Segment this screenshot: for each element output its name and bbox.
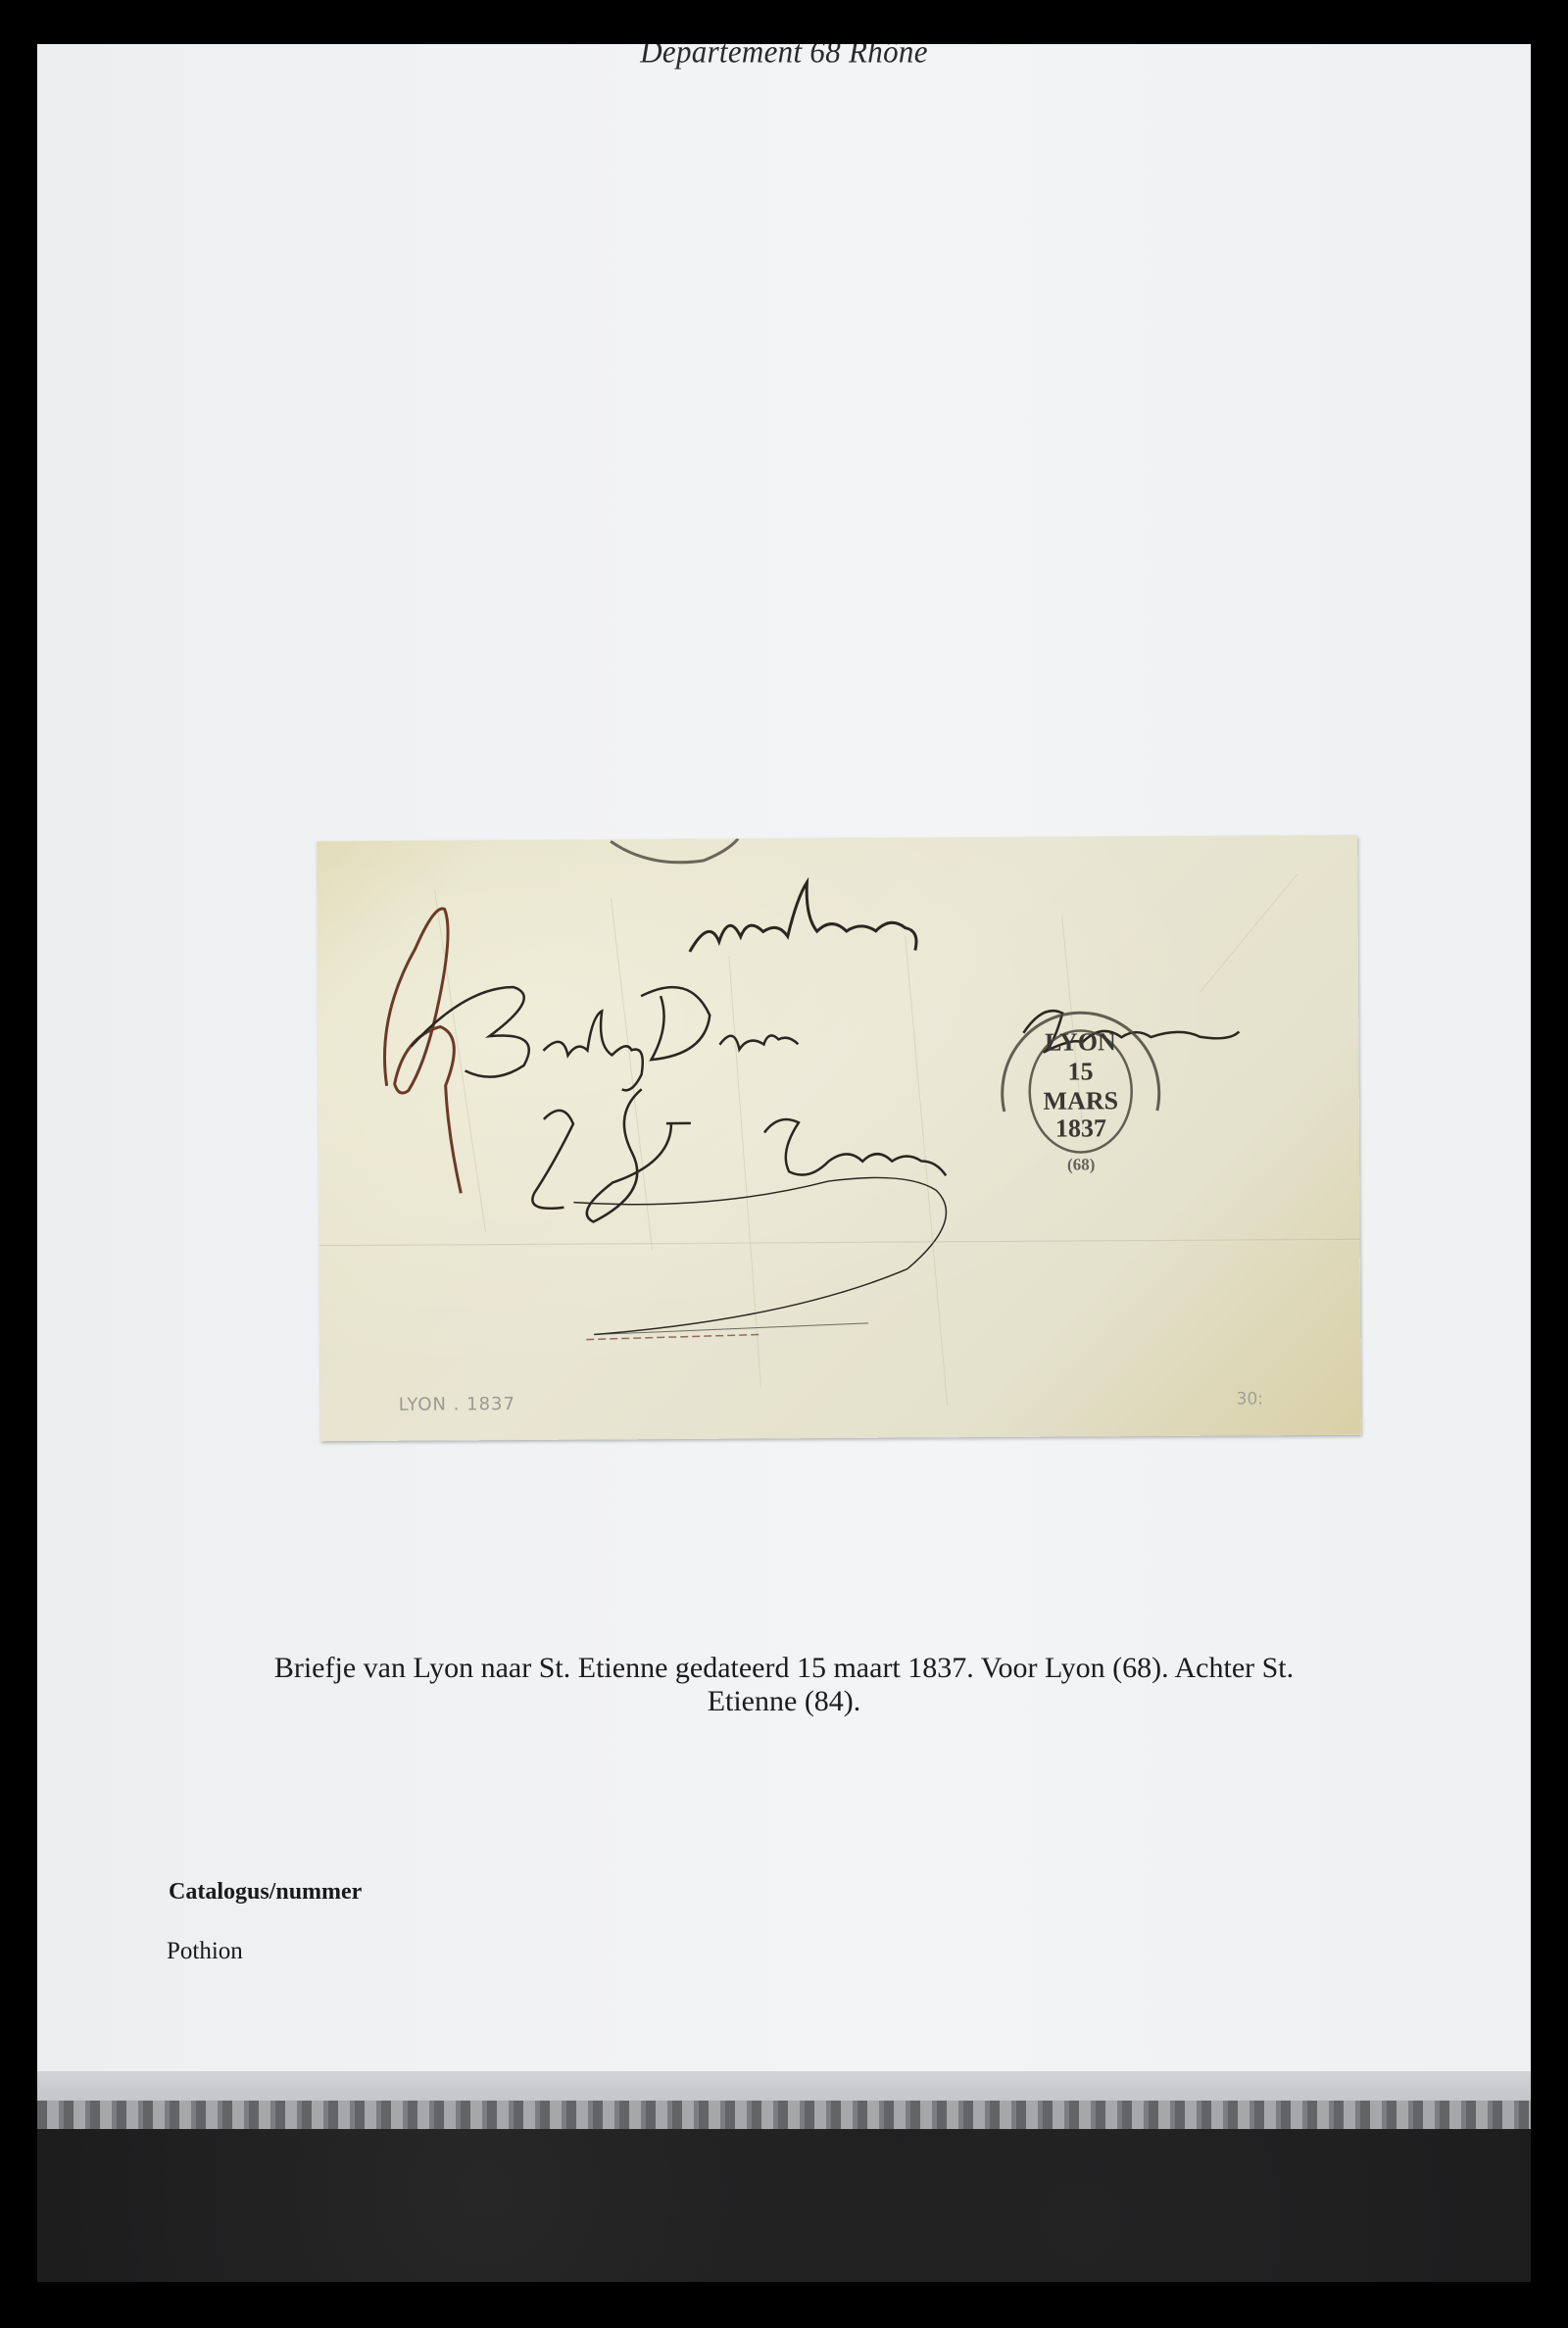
catalog-value: Pothion <box>167 1938 243 1965</box>
caption-line-2: Etienne (84). <box>174 1685 1394 1718</box>
pencil-note-left: LYON . 1837 <box>399 1394 515 1415</box>
postmark-department: (68) <box>1067 1155 1095 1173</box>
handwriting-illustration: LYON 15 MARS 1837 (68) <box>317 835 1361 1441</box>
page-sleeve-edge <box>37 2071 1531 2130</box>
postmark: LYON 15 MARS 1837 (68) <box>1002 1013 1159 1174</box>
postmark-day: 15 <box>1068 1057 1094 1085</box>
postmark-year: 1837 <box>1055 1114 1106 1142</box>
caption: Briefje van Lyon naar St. Etienne gedate… <box>174 1652 1394 1718</box>
pencil-note-right: 30: <box>1237 1389 1263 1409</box>
sleeve-perforation <box>37 2101 1531 2130</box>
postmark-month: MARS <box>1043 1086 1118 1114</box>
caption-line-1: Briefje van Lyon naar St. Etienne gedate… <box>174 1652 1394 1685</box>
sleeve-top-band <box>37 2071 1531 2101</box>
letter-cover: LYON 15 MARS 1837 (68) LYON . 1837 30: <box>317 835 1361 1441</box>
album-page: Departement 68 Rhône <box>37 44 1531 2071</box>
binder-background <box>37 2129 1531 2282</box>
catalog-label: Catalogus/nummer <box>169 1879 362 1906</box>
postmark-city: LYON <box>1045 1027 1116 1056</box>
page-title: Departement 68 Rhône <box>37 44 1531 71</box>
